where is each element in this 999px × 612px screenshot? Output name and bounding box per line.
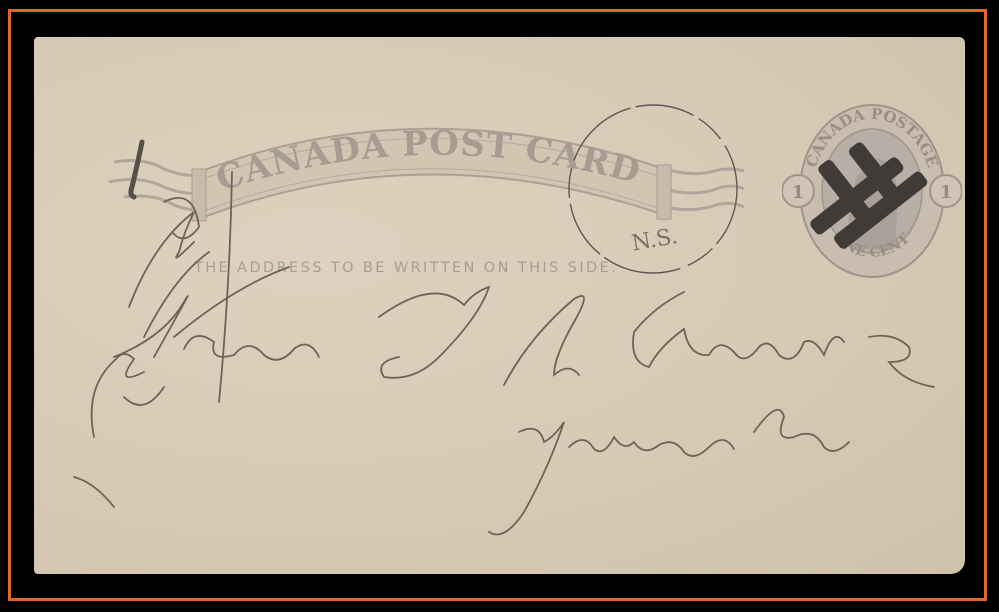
handwriting-initial-j <box>379 287 489 378</box>
handwriting-yarmouth <box>489 410 849 535</box>
handwriting-initial-a <box>504 296 584 385</box>
handwriting-layer <box>34 37 965 574</box>
ink-stroke <box>131 142 142 197</box>
postcard: CANADA POST CARD THE ADDRESS TO BE WRITT… <box>34 37 965 574</box>
handwriting-crowell <box>633 292 934 387</box>
ink-vertical-line <box>219 172 232 402</box>
